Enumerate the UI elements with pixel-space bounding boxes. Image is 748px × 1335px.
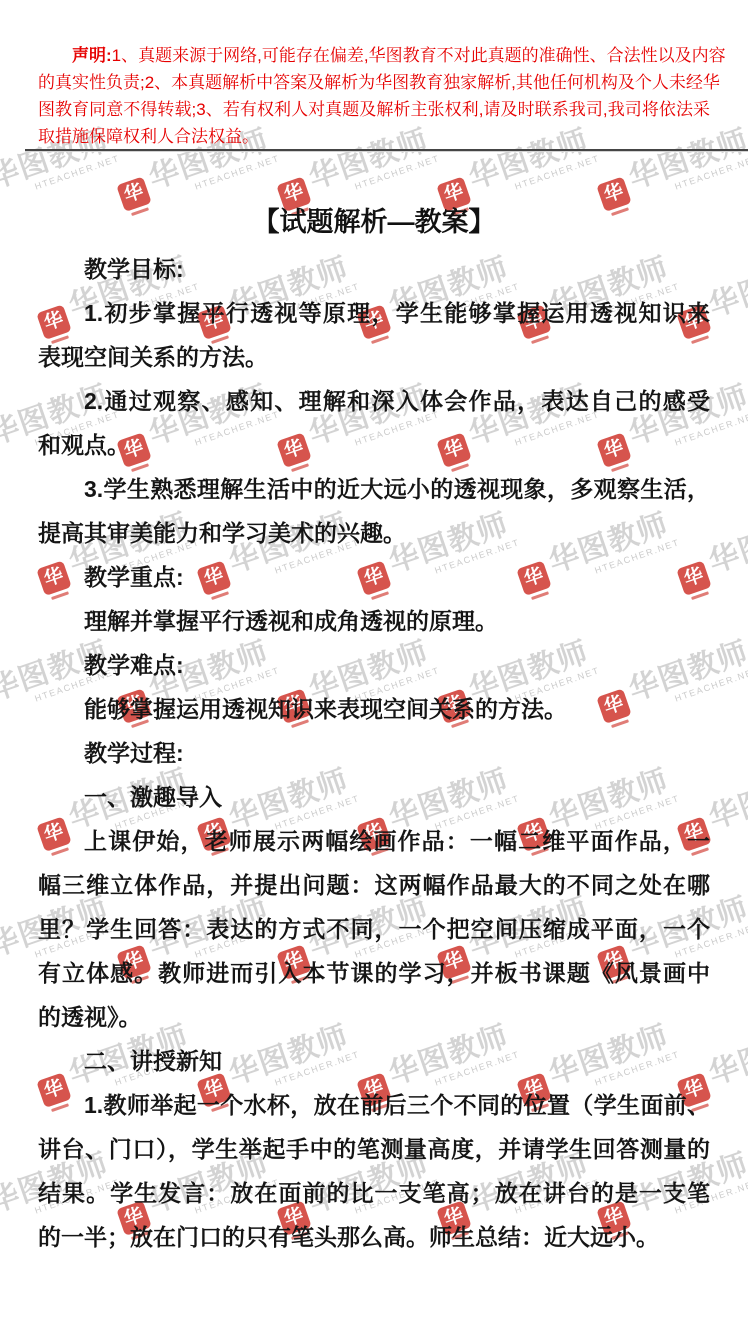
disclaimer-line: 图教育同意不得转载;3、若有权利人对真题及解析主张权利,请及时联系我司,我司将依… xyxy=(38,96,710,123)
body-line: 的透视》。 xyxy=(38,995,710,1039)
body-line: 理解并掌握平行透视和成角透视的原理。 xyxy=(38,599,710,643)
body-line: 结果。学生发言：放在面前的比一支笔高；放在讲台的是一支笔 xyxy=(38,1171,710,1215)
body-line-heading: 二、讲授新知 xyxy=(38,1039,710,1083)
body-line: 1.教师举起一个水杯，放在前后三个不同的位置（学生面前、 xyxy=(38,1083,710,1127)
body-line: 2.通过观察、感知、理解和深入体会作品，表达自己的感受 xyxy=(38,379,710,423)
body-line-heading: 教学目标: xyxy=(38,247,710,291)
body-line: 上课伊始，老师展示两幅绘画作品：一幅二维平面作品，一 xyxy=(38,819,710,863)
disclaimer-line: 声明:1、真题来源于网络,可能存在偏差,华图教育不对此真题的准确性、合法性以及内… xyxy=(38,42,710,69)
doc-title: 【试题解析—教案】 xyxy=(0,202,748,242)
disclaimer-label: 声明: xyxy=(72,46,112,65)
body-line: 和观点。 xyxy=(38,423,710,467)
body-line: 3.学生熟悉理解生活中的近大远小的透视现象，多观察生活， xyxy=(38,467,710,511)
body-line: 讲台、门口），学生举起手中的笔测量高度，并请学生回答测量的 xyxy=(38,1127,710,1171)
disclaimer-line: 的真实性负责;2、本真题解析中答案及解析为华图教育独家解析,其他任何机构及个人未… xyxy=(38,69,710,96)
body-line: 幅三维立体作品，并提出问题：这两幅作品最大的不同之处在哪 xyxy=(38,863,710,907)
body-line-heading: 教学过程: xyxy=(38,731,710,775)
body-line: 1.初步掌握平行透视等原理，学生能够掌握运用透视知识来 xyxy=(38,291,710,335)
body-line-heading: 一、激趣导入 xyxy=(38,775,710,819)
disclaimer-line: 取措施保障权利人合法权益。 xyxy=(38,123,710,150)
document-page: 华 华图教师 HTEACHER.NET 华 华图教师 HTEACHER.NET xyxy=(0,0,748,1335)
body-line: 的一半；放在门口的只有笔头那么高。师生总结：近大远小。 xyxy=(38,1215,710,1259)
disclaimer-text: 1、真题来源于网络,可能存在偏差,华图教育不对此真题的准确性、合法性以及内容 xyxy=(112,46,726,65)
body-line: 有立体感。教师进而引入本节课的学习，并板书课题《风景画中 xyxy=(38,951,710,995)
body-line: 能够掌握运用透视知识来表现空间关系的方法。 xyxy=(38,687,710,731)
body-line-heading: 教学重点: xyxy=(38,555,710,599)
body-line: 里？学生回答：表达的方式不同，一个把空间压缩成平面，一个 xyxy=(38,907,710,951)
content-layer: 声明:1、真题来源于网络,可能存在偏差,华图教育不对此真题的准确性、合法性以及内… xyxy=(0,0,748,1335)
header-rule xyxy=(25,149,748,152)
body-line-heading: 教学难点: xyxy=(38,643,710,687)
doc-body: 教学目标: 1.初步掌握平行透视等原理，学生能够掌握运用透视知识来 表现空间关系… xyxy=(38,247,710,1259)
body-line: 提高其审美能力和学习美术的兴趣。 xyxy=(38,511,710,555)
disclaimer: 声明:1、真题来源于网络,可能存在偏差,华图教育不对此真题的准确性、合法性以及内… xyxy=(38,42,710,150)
header-rule-light xyxy=(25,151,748,152)
body-line: 表现空间关系的方法。 xyxy=(38,335,710,379)
